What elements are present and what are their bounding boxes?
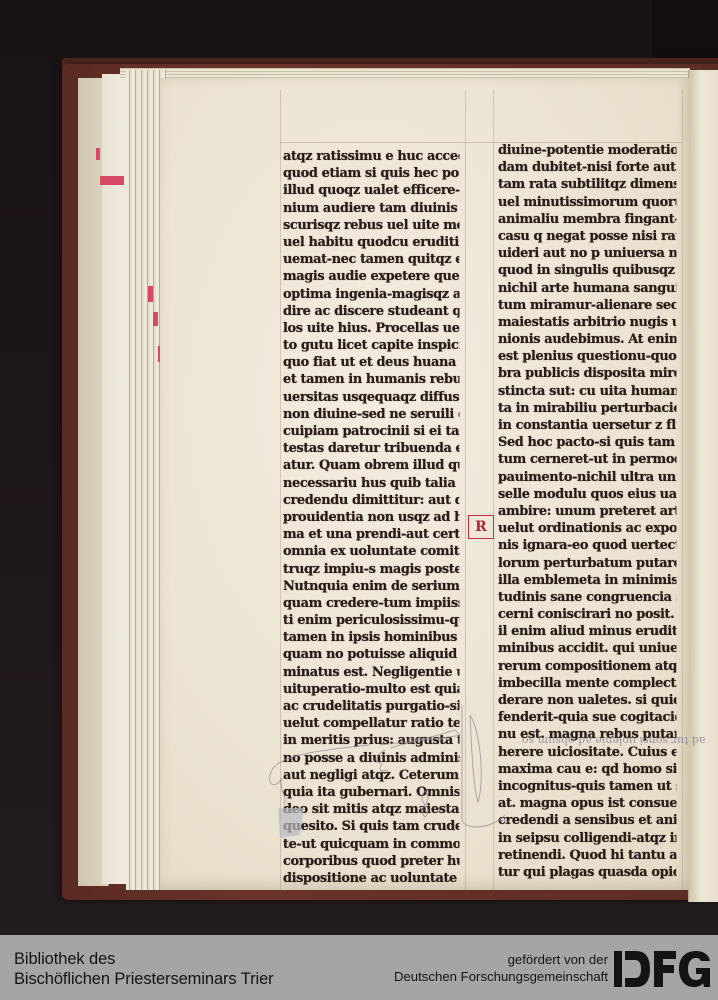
manuscript-line: Nutnquia enim de serium deo gi (283, 578, 459, 595)
dfg-logo (614, 951, 710, 987)
footer-bar: Bibliothek des Bischöflichen Priestersem… (0, 935, 718, 1000)
page-marker (153, 312, 158, 326)
manuscript-line: ambire: unum preteret artificem (498, 503, 676, 520)
manuscript-line: stincta sut: cu uita humana ui (498, 383, 676, 400)
manuscript-line: nionis audebimus. At enim hoc ipsum (498, 331, 676, 348)
manuscript-line: non diuine-sed ne seruili quidem (283, 406, 459, 423)
manuscript-line: quam credere-tum impiissimu (283, 595, 459, 612)
page-marker (100, 176, 124, 185)
manuscript-line: quod etiam si quis hec possit-n (283, 165, 459, 182)
page-marker (96, 148, 100, 160)
manuscript-line: tum cerneret-ut in permodato (498, 451, 676, 468)
manuscript-line: nium audiere tam diuinis ob (283, 200, 459, 217)
manuscript-line: necessariu hus quib talia crive sut (283, 475, 459, 492)
manuscript-line: animaliu membra fingant-aut qd (498, 211, 676, 228)
manuscript-line: credendu dimittitur: aut diuina (283, 492, 459, 509)
manuscript-line: prouidentia non usqz ad hec ulti (283, 509, 459, 526)
manuscript-line: Sed hoc pacto-si quis tam minu (498, 434, 676, 451)
manuscript-line: illud quoqz ualet efficere-ut dig (283, 182, 459, 199)
manuscript-line: tamen in ipsis hominibus neme q (283, 629, 459, 646)
manuscript-line: cerni coniscirari no posit. Si (498, 606, 676, 623)
manuscript-line: dire ac discere studeant q scopu (283, 303, 459, 320)
manuscript-line: atqz ratissimu e huc accedit. (283, 148, 459, 165)
library-name-line2: Bischöflichen Priesterseminars Trier (14, 969, 274, 989)
manuscript-line: uideri aut no p uniuersa natura (498, 245, 676, 262)
manuscript-line: imbecilla mente complecti et consi (498, 675, 676, 692)
manuscript-line: in constantia uersetur z fluctuet. (498, 417, 676, 434)
funding-notice: gefördert von der Deutschen Forschungsge… (394, 951, 608, 985)
manuscript-line: quod in singulis quibusqz rebus (498, 262, 676, 279)
manuscript-line: il enim aliud minus eruditis ho (498, 623, 676, 640)
manuscript-line: uituperatio-multo est quia mali (283, 681, 459, 698)
funding-line2: Deutschen Forschungsgemeinschaft (394, 968, 608, 985)
rubricated-initial: R (468, 515, 494, 539)
manuscript-line: tam rata subtilitqz dimensione (498, 176, 676, 193)
manuscript-line: optima ingenia-magisqz au (283, 286, 459, 303)
manuscript-line: ma et una prendi-aut certe mala (283, 526, 459, 543)
manuscript-line: magis audie expetere queqz (283, 268, 459, 285)
manuscript-line: maiestatis arbitrio nugis uane opi (498, 314, 676, 331)
text-block-top-edges (120, 68, 690, 78)
manuscript-line: nis ignara-eo quod uertecte lapil (498, 537, 676, 554)
manuscript-line: est plenius questionu-quod mem (498, 348, 676, 365)
manuscript-photograph: atqz ratissimu e huc accedit.quod etiam … (0, 0, 718, 935)
manuscript-line: scurisqz rebus uel uite meritu (283, 217, 459, 234)
flyleaf (102, 74, 127, 884)
manuscript-line: bra publicis disposita mire atqz di (498, 365, 676, 382)
manuscript-line: nichil arte humana sanguine ordia (498, 280, 676, 297)
page-marker (148, 286, 153, 302)
funding-line1: gefördert von der (394, 951, 608, 968)
manuscript-line: testas daretur tribuenda ee uide (283, 440, 459, 457)
manuscript-line: uemat-nec tamen quitqz e qd (283, 251, 459, 268)
manuscript-line: dam dubitet-nisi forte aut casib2 (498, 159, 676, 176)
manuscript-line: minatus est. Negligentie uero (283, 664, 459, 681)
manuscript-line: atur. Quam obrem illud quasi (283, 457, 459, 474)
manuscript-line: uersitas usqequaqz diffusa sit-ut (283, 389, 459, 406)
manuscript-line: minibus accidit. qui uniuersam (498, 640, 676, 657)
manuscript-line: lorum perturbatum putaret. ac (498, 555, 676, 572)
manuscript-line: pauimento-nichil ultra unius te (498, 469, 676, 486)
manuscript-line: cuipiam patrocinii si ei tanta po (283, 423, 459, 440)
manuscript-line: quo fiat ut et deus huana curet (283, 354, 459, 371)
manuscript-line: rerum compositionem atqz conexioni (498, 658, 676, 675)
manuscript-line: illa emblemeta in minimis piulcii (498, 572, 676, 589)
library-name: Bibliothek des Bischöflichen Priestersem… (14, 949, 274, 989)
manuscript-line: selle modulu quos eius ualeret (498, 486, 676, 503)
manuscript-line: uel habitu quodcu eruditis in (283, 234, 459, 251)
manuscript-line: ta in mirabiliu perturbacionu (498, 400, 676, 417)
pen-trial-doodles (260, 700, 700, 900)
manuscript-line: ti enim periculosissimu-quod sic (283, 612, 459, 629)
manuscript-line: casu q negat posse nisi ratione facti (498, 228, 676, 245)
library-name-line1: Bibliothek des (14, 949, 274, 969)
manuscript-line: uelut ordinationis ac expositio (498, 520, 676, 537)
manuscript-line: et tamen in humanis rebus per (283, 371, 459, 388)
manuscript-line: tudinis sane congruencia simul (498, 589, 676, 606)
manuscript-line: to gutu licet capite inspiciant-q (283, 337, 459, 354)
manuscript-line: quam no potuisse aliquid eci (283, 646, 459, 663)
manuscript-line: los uite hius. Procellas uelut erro (283, 320, 459, 337)
manuscript-line: tum miramur-alienare secessisso (498, 297, 676, 314)
manuscript-line: omnia ex uoluntate comitti. D (283, 543, 459, 560)
manuscript-line: uel minutissimorum quorumqz (498, 194, 676, 211)
initial-letter: R (475, 519, 487, 535)
manuscript-line: diuine-potentie moderationi q (498, 142, 676, 159)
manuscript-line: truqz impiu-s magis posterius. (283, 561, 459, 578)
dfg-logo-icon (614, 951, 710, 987)
